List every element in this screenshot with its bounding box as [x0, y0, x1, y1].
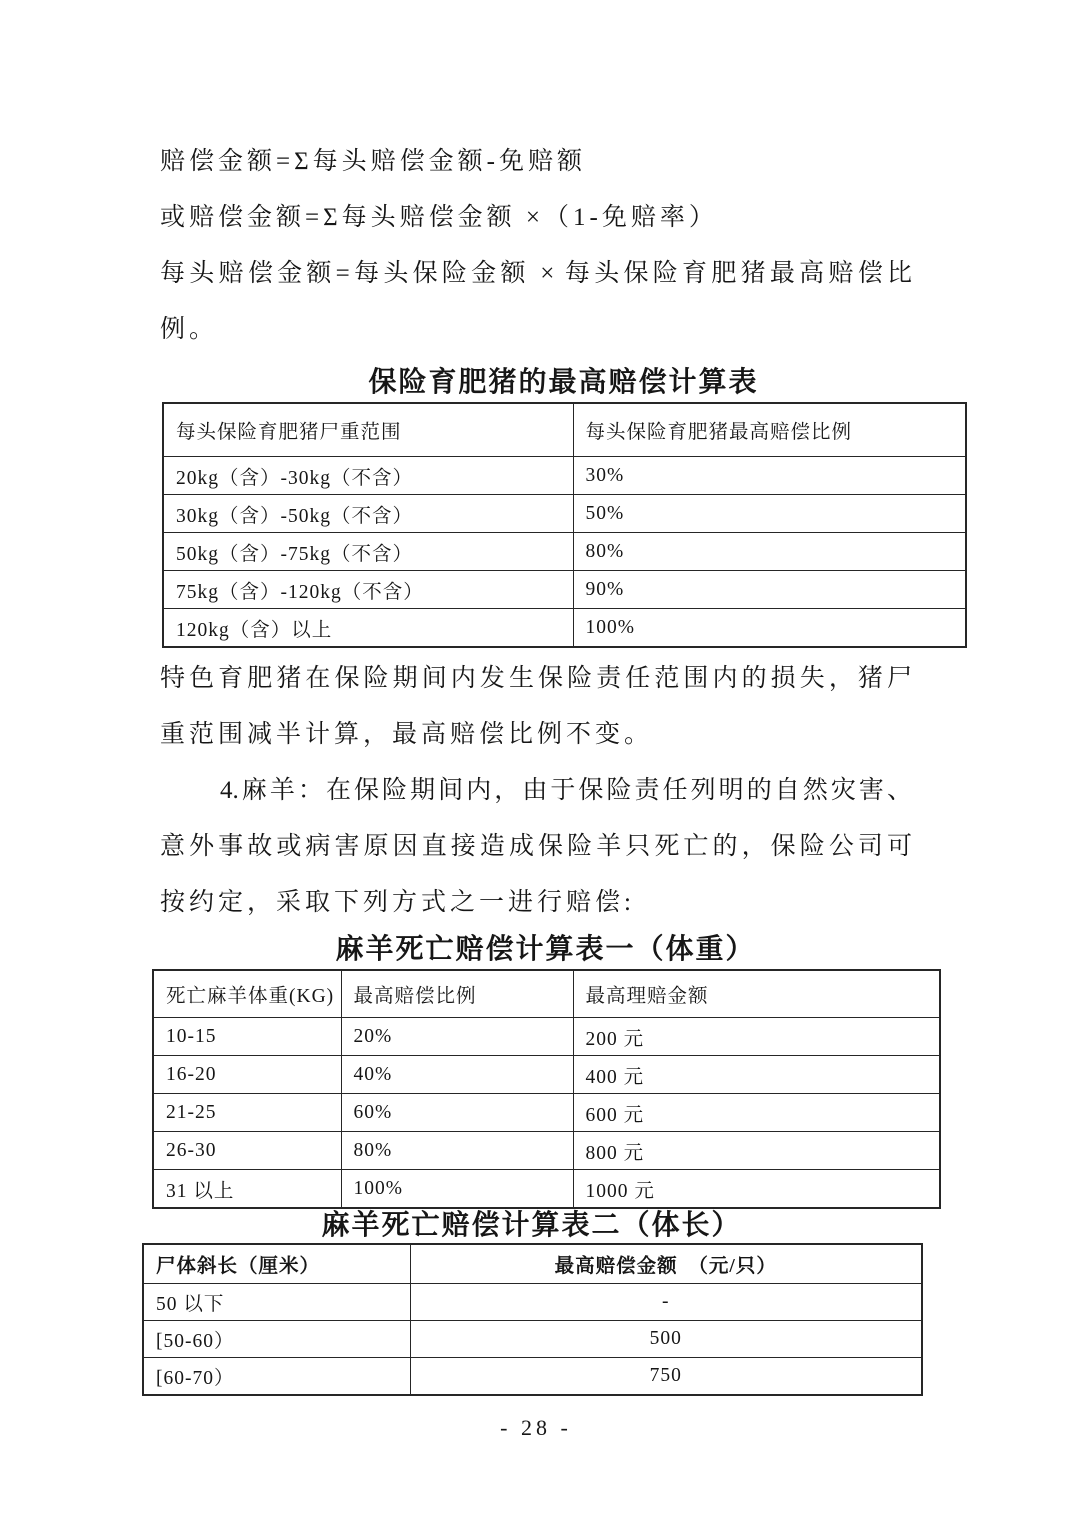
- table-cell: 100%: [341, 1170, 573, 1209]
- table-header-cell: 死亡麻羊体重(KG): [153, 970, 341, 1018]
- goat-intro-paragraph: 4.麻羊：在保险期间内，由于保险责任列明的自然灾害、 意外事故或病害原因直接造成…: [160, 763, 912, 931]
- formula-paragraph: 赔偿金额=Σ每头赔偿金额-免赔额 或赔偿金额=Σ每头赔偿金额 ×（1-免赔率） …: [160, 134, 912, 358]
- table-cell: 800 元: [573, 1132, 940, 1170]
- table-cell: 75kg（含）-120kg（不含）: [163, 571, 573, 609]
- table-cell: 120kg（含）以上: [163, 609, 573, 648]
- table-row: [50-60） 500: [143, 1321, 922, 1358]
- table-header-row: 死亡麻羊体重(KG) 最高赔偿比例 最高理赔金额: [153, 970, 940, 1018]
- table-cell: 20%: [341, 1018, 573, 1056]
- table-cell: -: [410, 1284, 922, 1321]
- table-cell: 21-25: [153, 1094, 341, 1132]
- table-cell: 100%: [573, 609, 966, 648]
- table-cell: 50kg（含）-75kg（不含）: [163, 533, 573, 571]
- table-cell: 750: [410, 1358, 922, 1396]
- goat-intro-line: 按约定，采取下列方式之一进行赔偿:: [160, 875, 912, 931]
- pig-note-line: 重范围减半计算，最高赔偿比例不变。: [160, 707, 912, 763]
- table-cell: 26-30: [153, 1132, 341, 1170]
- table-cell: 40%: [341, 1056, 573, 1094]
- table-cell: 30%: [573, 457, 966, 495]
- pig-note-line: 特色育肥猪在保险期间内发生保险责任范围内的损失，猪尸: [160, 651, 912, 707]
- table-row: 50 以下 -: [143, 1284, 922, 1321]
- table-row: 120kg（含）以上 100%: [163, 609, 966, 648]
- goat-weight-table-title: 麻羊死亡赔偿计算表一（体重）: [152, 933, 939, 967]
- pig-table: 每头保险育肥猪尸重范围 每头保险育肥猪最高赔偿比例 20kg（含）-30kg（不…: [162, 402, 967, 648]
- table-cell: 600 元: [573, 1094, 940, 1132]
- pig-note-paragraph: 特色育肥猪在保险期间内发生保险责任范围内的损失，猪尸 重范围减半计算，最高赔偿比…: [160, 651, 912, 763]
- formula-line: 赔偿金额=Σ每头赔偿金额-免赔额: [160, 134, 912, 190]
- table-header-cell: 最高赔偿金额 （元/只）: [410, 1244, 922, 1284]
- goat-weight-table: 死亡麻羊体重(KG) 最高赔偿比例 最高理赔金额 10-15 20% 200 元…: [152, 969, 941, 1209]
- table-row: 26-30 80% 800 元: [153, 1132, 940, 1170]
- table-header-cell: 尸体斜长（厘米）: [143, 1244, 410, 1284]
- goat-intro-line: 意外事故或病害原因直接造成保险羊只死亡的，保险公司可: [160, 819, 912, 875]
- table-cell: 10-15: [153, 1018, 341, 1056]
- table-header-cell: 最高理赔金额: [573, 970, 940, 1018]
- table-row: 75kg（含）-120kg（不含） 90%: [163, 571, 966, 609]
- table-cell: 16-20: [153, 1056, 341, 1094]
- table-row: 50kg（含）-75kg（不含） 80%: [163, 533, 966, 571]
- table-cell: 500: [410, 1321, 922, 1358]
- table-header-cell: 每头保险育肥猪最高赔偿比例: [573, 403, 966, 457]
- document-page: 赔偿金额=Σ每头赔偿金额-免赔额 或赔偿金额=Σ每头赔偿金额 ×（1-免赔率） …: [0, 0, 1074, 1520]
- table-row: [60-70） 750: [143, 1358, 922, 1396]
- table-cell: 50%: [573, 495, 966, 533]
- table-cell: [50-60）: [143, 1321, 410, 1358]
- table-cell: 31 以上: [153, 1170, 341, 1209]
- table-cell: 60%: [341, 1094, 573, 1132]
- table-cell: 200 元: [573, 1018, 940, 1056]
- table-cell: 80%: [573, 533, 966, 571]
- table-cell: 1000 元: [573, 1170, 940, 1209]
- goat-length-table: 尸体斜长（厘米） 最高赔偿金额 （元/只） 50 以下 - [50-60） 50…: [142, 1243, 923, 1396]
- formula-line: 每头赔偿金额=每头保险金额 × 每头保险育肥猪最高赔偿比: [160, 246, 912, 302]
- pig-table-title: 保险育肥猪的最高赔偿计算表: [162, 366, 965, 400]
- table-cell: [60-70）: [143, 1358, 410, 1396]
- table-cell: 50 以下: [143, 1284, 410, 1321]
- table-row: 30kg（含）-50kg（不含） 50%: [163, 495, 966, 533]
- table-cell: 80%: [341, 1132, 573, 1170]
- table-header-row: 尸体斜长（厘米） 最高赔偿金额 （元/只）: [143, 1244, 922, 1284]
- formula-line: 例。: [160, 302, 912, 358]
- table-row: 31 以上 100% 1000 元: [153, 1170, 940, 1209]
- table-row: 16-20 40% 400 元: [153, 1056, 940, 1094]
- table-header-cell: 每头保险育肥猪尸重范围: [163, 403, 573, 457]
- table-cell: 20kg（含）-30kg（不含）: [163, 457, 573, 495]
- table-cell: 30kg（含）-50kg（不含）: [163, 495, 573, 533]
- table-cell: 90%: [573, 571, 966, 609]
- page-number: - 28 -: [160, 1415, 912, 1441]
- goat-intro-line: 4.麻羊：在保险期间内，由于保险责任列明的自然灾害、: [160, 763, 912, 819]
- table-cell: 400 元: [573, 1056, 940, 1094]
- table-row: 21-25 60% 600 元: [153, 1094, 940, 1132]
- table-header-row: 每头保险育肥猪尸重范围 每头保险育肥猪最高赔偿比例: [163, 403, 966, 457]
- table-header-cell: 最高赔偿比例: [341, 970, 573, 1018]
- table-row: 20kg（含）-30kg（不含） 30%: [163, 457, 966, 495]
- table-row: 10-15 20% 200 元: [153, 1018, 940, 1056]
- goat-length-table-title: 麻羊死亡赔偿计算表二（体长）: [142, 1209, 921, 1243]
- formula-line: 或赔偿金额=Σ每头赔偿金额 ×（1-免赔率）: [160, 190, 912, 246]
